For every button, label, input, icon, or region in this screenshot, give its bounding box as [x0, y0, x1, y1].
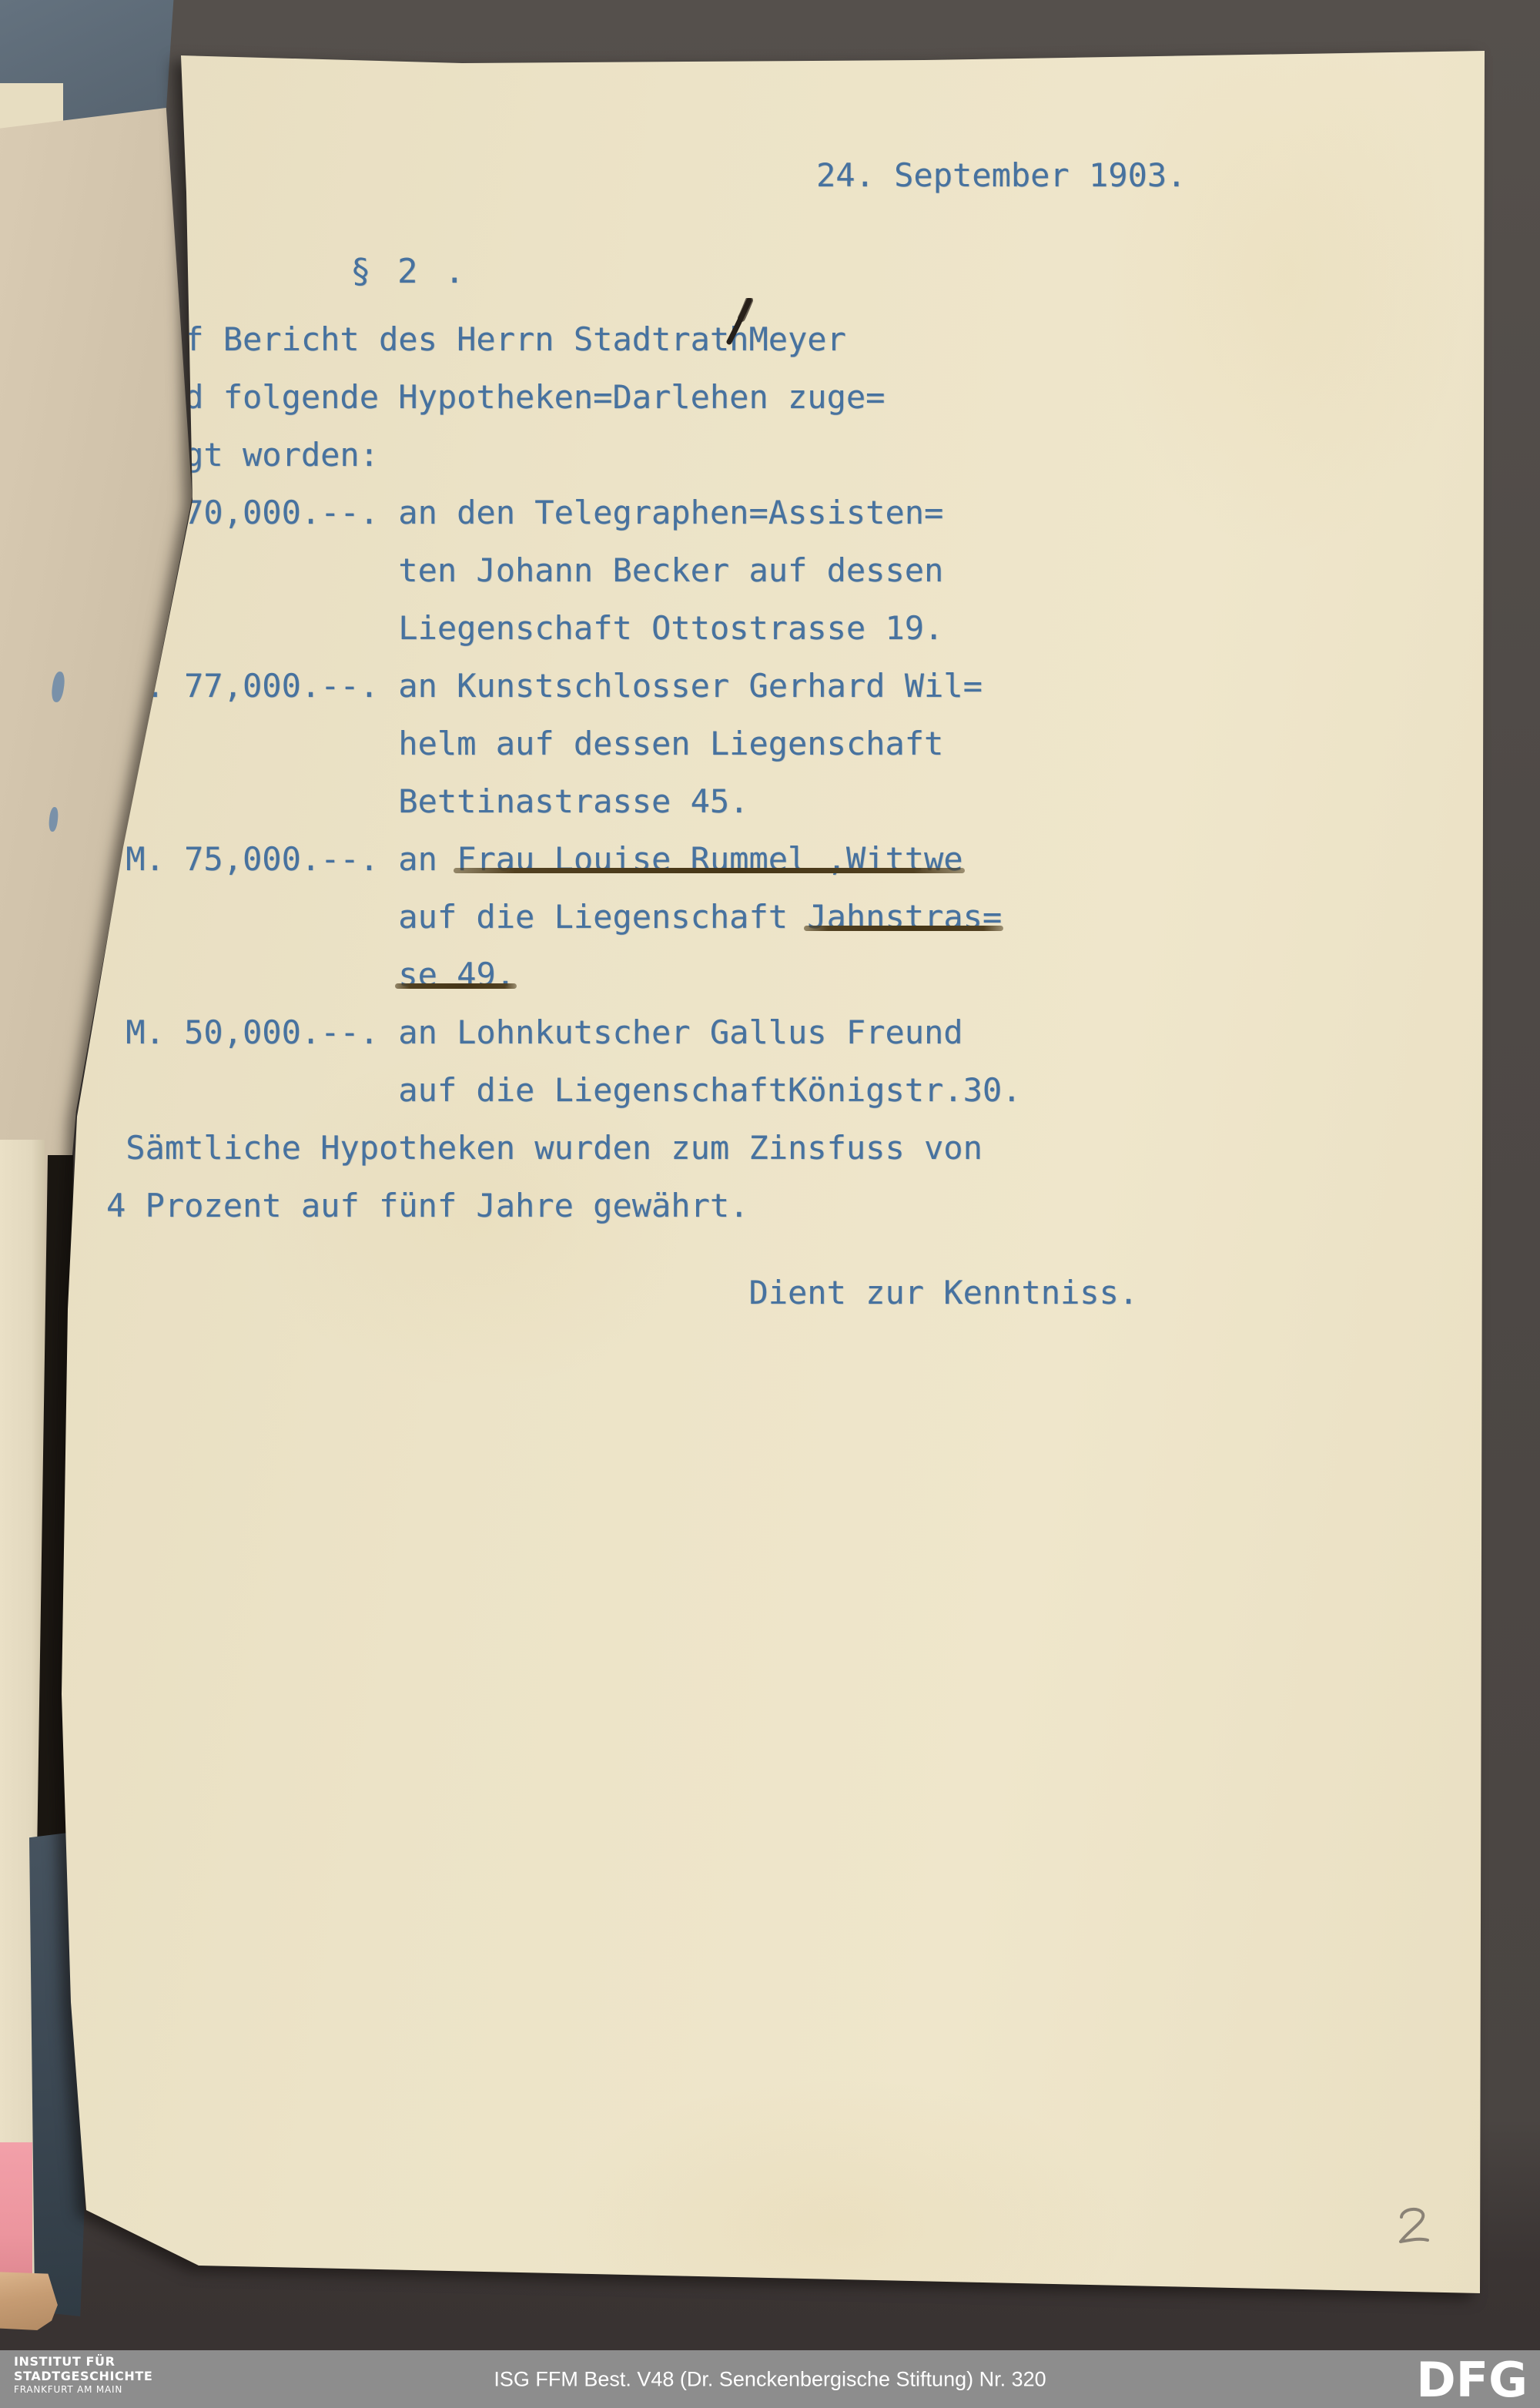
typed-segment: M. 50,000.--. an Lohnkutscher Gallus Fre…: [106, 1013, 963, 1051]
underlying-pink-paper: [0, 2142, 32, 2273]
typed-line: 4 Prozent auf fünf Jahre gewährt.: [106, 1177, 1138, 1234]
typed-segment: 4 Prozent auf fünf Jahre gewährt.: [106, 1187, 748, 1224]
typed-line: Auf Bericht des Herrn StadtrathMeyer: [106, 310, 1138, 368]
typed-segment: auf die LiegenschaftKönigstr.30.: [106, 1071, 1021, 1109]
typed-line: auf die LiegenschaftKönigstr.30.: [106, 1061, 1138, 1119]
typed-line: Sämtliche Hypotheken wurden zum Zinsfuss…: [106, 1119, 1138, 1177]
archive-footer-bar: INSTITUT FÜRSTADTGESCHICHTEFRANKFURT AM …: [0, 2350, 1540, 2408]
typed-line: ten Johann Becker auf dessen: [106, 541, 1138, 599]
typed-line: Dient zur Kenntniss.: [106, 1264, 1138, 1321]
typed-segment: Bettinastrasse 45.: [106, 782, 748, 820]
typed-line: M. 70,000.--. an den Telegraphen=Assiste…: [106, 484, 1138, 541]
archive-caption: ISG FFM Best. V48 (Dr. Senckenbergische …: [494, 2367, 1046, 2391]
typed-segment: Liegenschaft Ottostrasse 19.: [106, 609, 943, 647]
typed-line: Liegenschaft Ottostrasse 19.: [106, 599, 1138, 657]
underlined-typed-segment: Jahnstras=: [807, 898, 1002, 936]
section-heading: § 2 .: [350, 252, 467, 291]
institute-line: FRANKFURT AM MAIN: [14, 2385, 152, 2394]
document-page: 24. September 1903. § 2 . Auf Bericht de…: [46, 50, 1486, 2295]
dfg-logo: DFG: [1416, 2352, 1528, 2408]
typed-segment: ten Johann Becker auf dessen: [106, 551, 943, 589]
institute-logo-text: INSTITUT FÜRSTADTGESCHICHTEFRANKFURT AM …: [14, 2356, 152, 2394]
typed-segment: Sämtliche Hypotheken wurden zum Zinsfuss…: [106, 1129, 983, 1167]
typed-segment: M. 70,000.--. an den Telegraphen=Assiste…: [106, 494, 943, 531]
handwritten-ink-mark: [724, 298, 759, 349]
typed-line: auf die Liegenschaft Jahnstras=: [106, 888, 1138, 946]
typed-segment: sagt worden:: [106, 436, 379, 474]
typed-line: Bettinastrasse 45.: [106, 772, 1138, 830]
underlined-typed-segment: Frau Louise Rummel ,Wittwe: [457, 840, 962, 878]
typed-segment: M. 75,000.--. an: [106, 840, 457, 878]
archival-scan: { "colors": { "ink_blue": "#47729f", "un…: [0, 0, 1540, 2408]
typed-segment: Auf Bericht des Herrn Stadtrath: [106, 320, 748, 358]
typed-segment: M. 77,000.--. an Kunstschlosser Gerhard …: [106, 667, 983, 705]
institute-line: STADTGESCHICHTE: [14, 2370, 152, 2383]
typed-body: Auf Bericht des Herrn StadtrathMeyer sin…: [106, 310, 1138, 1321]
typed-line: M. 50,000.--. an Lohnkutscher Gallus Fre…: [106, 1003, 1138, 1061]
typed-line: helm auf dessen Liegenschaft: [106, 715, 1138, 772]
typed-line: sagt worden:: [106, 426, 1138, 484]
institute-line: INSTITUT FÜR: [14, 2356, 152, 2368]
typed-segment: auf die Liegenschaft: [106, 898, 807, 936]
typed-segment: [106, 956, 398, 993]
typed-line: M. 75,000.--. an Frau Louise Rummel ,Wit…: [106, 830, 1138, 888]
pencil-page-number: [1395, 2205, 1435, 2252]
paper-surface: 24. September 1903. § 2 . Auf Bericht de…: [46, 50, 1486, 2295]
date-line: 24. September 1903.: [816, 156, 1186, 194]
typed-segment: sind folgende Hypotheken=Darlehen zuge=: [106, 378, 885, 416]
typed-line: se 49.: [106, 946, 1138, 1003]
typed-segment: Meyer: [748, 320, 845, 358]
underlined-typed-segment: se 49.: [398, 956, 515, 993]
typed-line: M. 77,000.--. an Kunstschlosser Gerhard …: [106, 657, 1138, 715]
typed-line: sind folgende Hypotheken=Darlehen zuge=: [106, 368, 1138, 426]
typed-segment: Dient zur Kenntniss.: [106, 1274, 1138, 1311]
typed-segment: helm auf dessen Liegenschaft: [106, 725, 943, 762]
